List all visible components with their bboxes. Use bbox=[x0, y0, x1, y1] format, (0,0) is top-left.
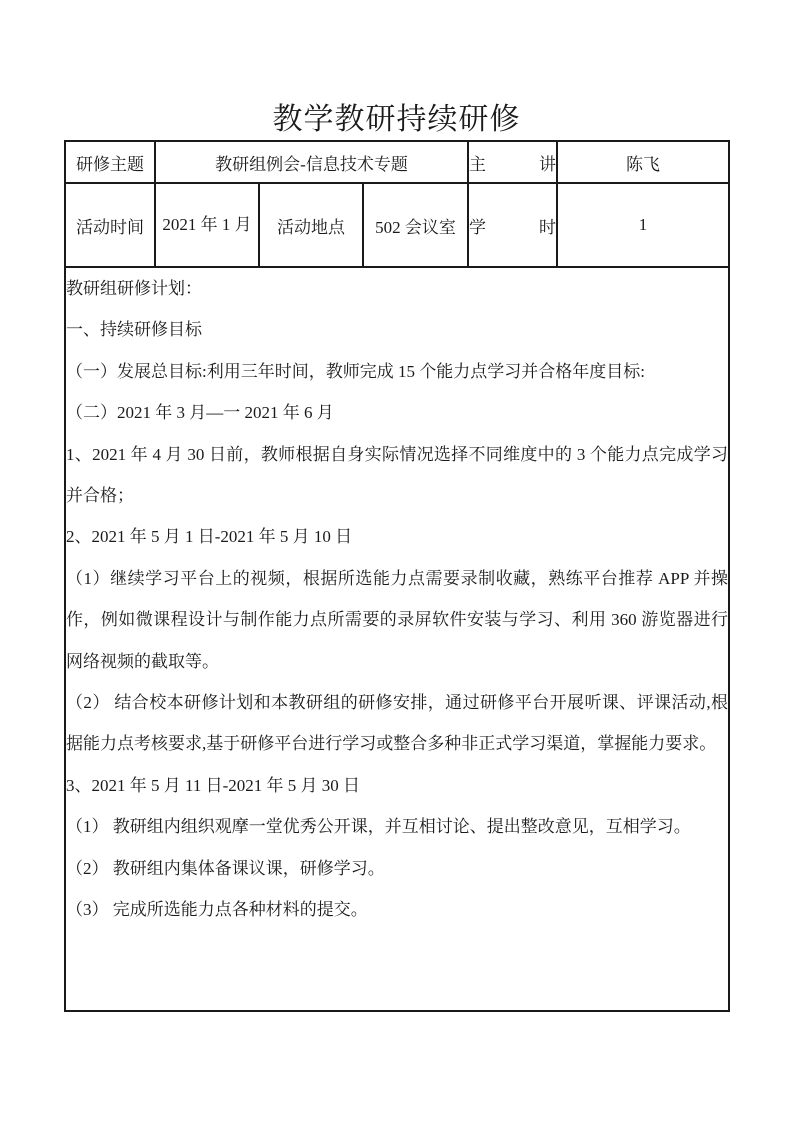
speaker-label-cell: 主 讲 bbox=[468, 141, 557, 183]
table-row-plan-body: 教研组研修计划： 一、持续研修目标 （一）发展总目标:利用三年时间，教师完成 1… bbox=[65, 267, 729, 1011]
table-row-activity: 活动时间 2021 年 1 月 活动地点 502 会议室 学 时 1 bbox=[65, 183, 729, 267]
hours-value-cell: 1 bbox=[557, 183, 729, 267]
body-paragraph: （1） 教研组内组织观摩一堂优秀公开课，并互相讨论、提出整改意见，互相学习。 bbox=[66, 806, 728, 847]
body-paragraph: 2、2021 年 5 月 1 日-2021 年 5 月 10 日 bbox=[66, 516, 728, 557]
time-value-cell: 2021 年 1 月 bbox=[155, 183, 259, 267]
plan-body-cell: 教研组研修计划： 一、持续研修目标 （一）发展总目标:利用三年时间，教师完成 1… bbox=[65, 267, 729, 1011]
body-paragraph: （1）继续学习平台上的视频，根据所选能力点需要录制收藏，熟练平台推荐 APP 并… bbox=[66, 558, 728, 682]
body-paragraph: （3） 完成所选能力点各种材料的提交。 bbox=[66, 889, 728, 930]
theme-label-cell: 研修主题 bbox=[65, 141, 155, 183]
hours-label-cell: 学 时 bbox=[468, 183, 557, 267]
speaker-value-cell: 陈飞 bbox=[557, 141, 729, 183]
theme-value-cell: 教研组例会-信息技术专题 bbox=[155, 141, 468, 183]
body-paragraph: （2） 教研组内集体备课议课，研修学习。 bbox=[66, 848, 728, 889]
place-label-cell: 活动地点 bbox=[259, 183, 363, 267]
body-paragraph: 教研组研修计划： bbox=[66, 268, 728, 309]
body-paragraph: （2） 结合校本研修计划和本教研组的研修安排，通过研修平台开展听课、评课活动,根… bbox=[66, 682, 728, 765]
body-paragraph: 1、2021 年 4 月 30 日前，教师根据自身实际情况选择不同维度中的 3 … bbox=[66, 434, 728, 517]
body-paragraph: （一）发展总目标:利用三年时间，教师完成 15 个能力点学习并合格年度目标: bbox=[66, 351, 728, 392]
table-row-theme: 研修主题 教研组例会-信息技术专题 主 讲 陈飞 bbox=[65, 141, 729, 183]
page-title: 教学教研持续研修 bbox=[0, 94, 793, 138]
body-paragraph: （二）2021 年 3 月—一 2021 年 6 月 bbox=[66, 392, 728, 433]
document-page: 教学教研持续研修 研修主题 教研组例会-信息技术专题 主 讲 陈飞 活动时间 2… bbox=[0, 0, 793, 1122]
time-label-cell: 活动时间 bbox=[65, 183, 155, 267]
training-record-table: 研修主题 教研组例会-信息技术专题 主 讲 陈飞 活动时间 2021 年 1 月… bbox=[64, 140, 730, 1012]
body-paragraph: 3、2021 年 5 月 11 日-2021 年 5 月 30 日 bbox=[66, 765, 728, 806]
place-value-cell: 502 会议室 bbox=[363, 183, 468, 267]
body-paragraph: 一、持续研修目标 bbox=[66, 309, 728, 350]
